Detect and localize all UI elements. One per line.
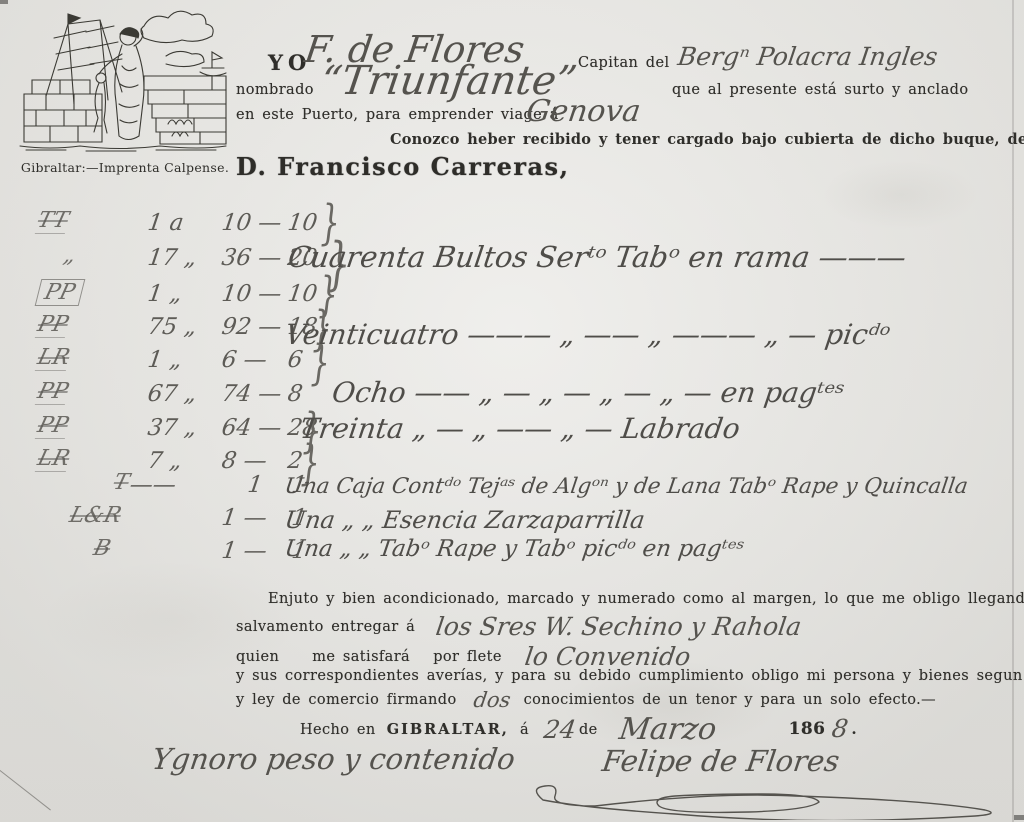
cargo-description: Una „ „ Tabᵒ Rape y Tabᵒ picᵈᵒ en pagᵗᵉˢ <box>283 536 746 562</box>
numbering-to: 92 — <box>220 314 283 340</box>
clause-line4: y sus correspondientes averías, y para s… <box>236 668 1024 684</box>
handwritten-freight-terms: lo Convenido <box>523 642 692 671</box>
bundle-count: 10 <box>286 210 319 236</box>
cargo-mark: L&R <box>67 503 124 528</box>
numbering-to: 74 — <box>220 381 283 407</box>
cargo-mark: PP <box>35 312 71 338</box>
printed-puerto-line: en este Puerto, para emprender viage á <box>236 107 559 123</box>
handwritten-destination: Genova <box>524 94 643 129</box>
cargo-mark: PP <box>35 379 71 405</box>
printed-conocimientos: conocimientos de un tenor y para un solo… <box>524 692 936 708</box>
handwritten-copies-count: dos <box>472 688 512 712</box>
printed-de: de <box>579 722 598 738</box>
cargo-mark: TT <box>35 208 71 234</box>
numbering-from: —— <box>128 472 178 498</box>
printed-entregar: salvamento entregar á <box>236 619 415 635</box>
clause-line1: Enjuto y bien acondicionado, marcado y n… <box>268 591 1024 607</box>
cargo-mark: LR <box>35 345 73 371</box>
numbering-from: 75 „ <box>146 314 198 340</box>
handwritten-weight-note: Ygnoro peso y contenido <box>150 742 517 776</box>
paper-stain <box>820 160 980 230</box>
handwritten-day: 24 <box>542 715 578 744</box>
handwritten-month: Marzo <box>617 712 719 747</box>
allegory-figure-ships-engraving <box>16 4 230 154</box>
handwritten-signature: Felipe de Flores <box>600 744 842 778</box>
numbering-from: 1 „ <box>146 347 184 373</box>
printed-hecho-en: Hecho en <box>300 722 376 738</box>
handwritten-year-digit: 8 <box>830 714 850 743</box>
printed-shipper-name: D. Francisco Carreras, <box>236 152 569 181</box>
cargo-description: Veinticuatro ——— „ —— „ ——— „ — picᵈᵒ <box>283 318 892 351</box>
numbering-to: 64 — <box>220 415 283 441</box>
paper-crease <box>0 767 51 811</box>
signature-flourish <box>525 778 1005 820</box>
scan-corner-artifact <box>0 0 8 4</box>
clause-line2: salvamento entregar á los Sres W. Sechin… <box>236 612 800 646</box>
numbering-to: 10 — <box>220 210 283 236</box>
manifest-row: PP 1 „ 10 — 10 <box>28 279 358 313</box>
printed-period: . <box>851 721 856 738</box>
printed-surto-anclado: que al presente está surto y anclado <box>672 82 968 98</box>
cargo-description: Ocho —— „ — „ — „ — „ — en pagᵗᵉˢ <box>330 376 846 409</box>
cargo-description: Cuarenta Bultos Serᵗᵒ Tabᵒ en rama ——— <box>286 240 908 274</box>
numbering-from: 1 a <box>146 210 185 236</box>
cargo-description: Treinta „ — „ —— „ — Labrado <box>298 412 742 445</box>
numbering-to: 1 <box>246 472 264 498</box>
printed-firmando: y ley de comercio firmando <box>236 692 457 708</box>
printed-conozco-line: Conozco heber recibido y tener cargado b… <box>390 131 1024 148</box>
handwritten-consignee: los Sres W. Sechino y Rahola <box>434 612 803 641</box>
cargo-mark: B <box>91 536 113 561</box>
scan-corner-artifact <box>1014 815 1024 820</box>
printed-satisfara: me satisfará <box>312 649 410 665</box>
numbering-to: 36 — <box>220 245 283 271</box>
numbering-to: 1 — <box>220 505 269 531</box>
cargo-description: Una „ „ Esencia Zarzaparrilla <box>283 506 647 534</box>
printed-capitan-del: Capitan del <box>578 55 669 71</box>
numbering-from: 1 „ <box>146 281 184 307</box>
numbering-to: 10 — <box>220 281 283 307</box>
document-paper: Gibraltar:—Imprenta Calpense. YO F. de F… <box>0 0 1024 822</box>
numbering-to: 6 — <box>220 347 269 373</box>
numbering-from: 37 „ <box>146 415 198 441</box>
paper-edge-line <box>1012 0 1014 822</box>
engraving-caption: Gibraltar:—Imprenta Calpense. <box>20 160 230 175</box>
numbering-from: 17 „ <box>146 245 198 271</box>
cargo-mark: PP <box>35 279 85 306</box>
printed-a: á <box>520 722 529 738</box>
printed-nombrado: nombrado <box>236 82 314 98</box>
cargo-description: Una Caja Contᵈᵒ Tejᵃˢ de Algᵒⁿ y de Lana… <box>283 474 970 499</box>
printed-por-flete: por flete <box>433 649 502 665</box>
printed-gibraltar: GIBRALTAR, <box>387 721 509 738</box>
manifest-row: TT 1 a 10 — 10 <box>28 208 358 242</box>
cargo-mark: PP <box>35 413 71 439</box>
printed-year-prefix: 186 <box>789 719 826 739</box>
handwritten-vessel-type: Bergⁿ Polacra Ingles <box>676 42 939 71</box>
numbering-to: 1 — <box>220 538 269 564</box>
printed-quien: quien <box>236 649 279 665</box>
cargo-mark: LR <box>35 446 73 472</box>
engraving-illustration <box>16 4 230 154</box>
numbering-from: 67 „ <box>146 381 198 407</box>
cargo-mark: „ <box>61 243 79 268</box>
